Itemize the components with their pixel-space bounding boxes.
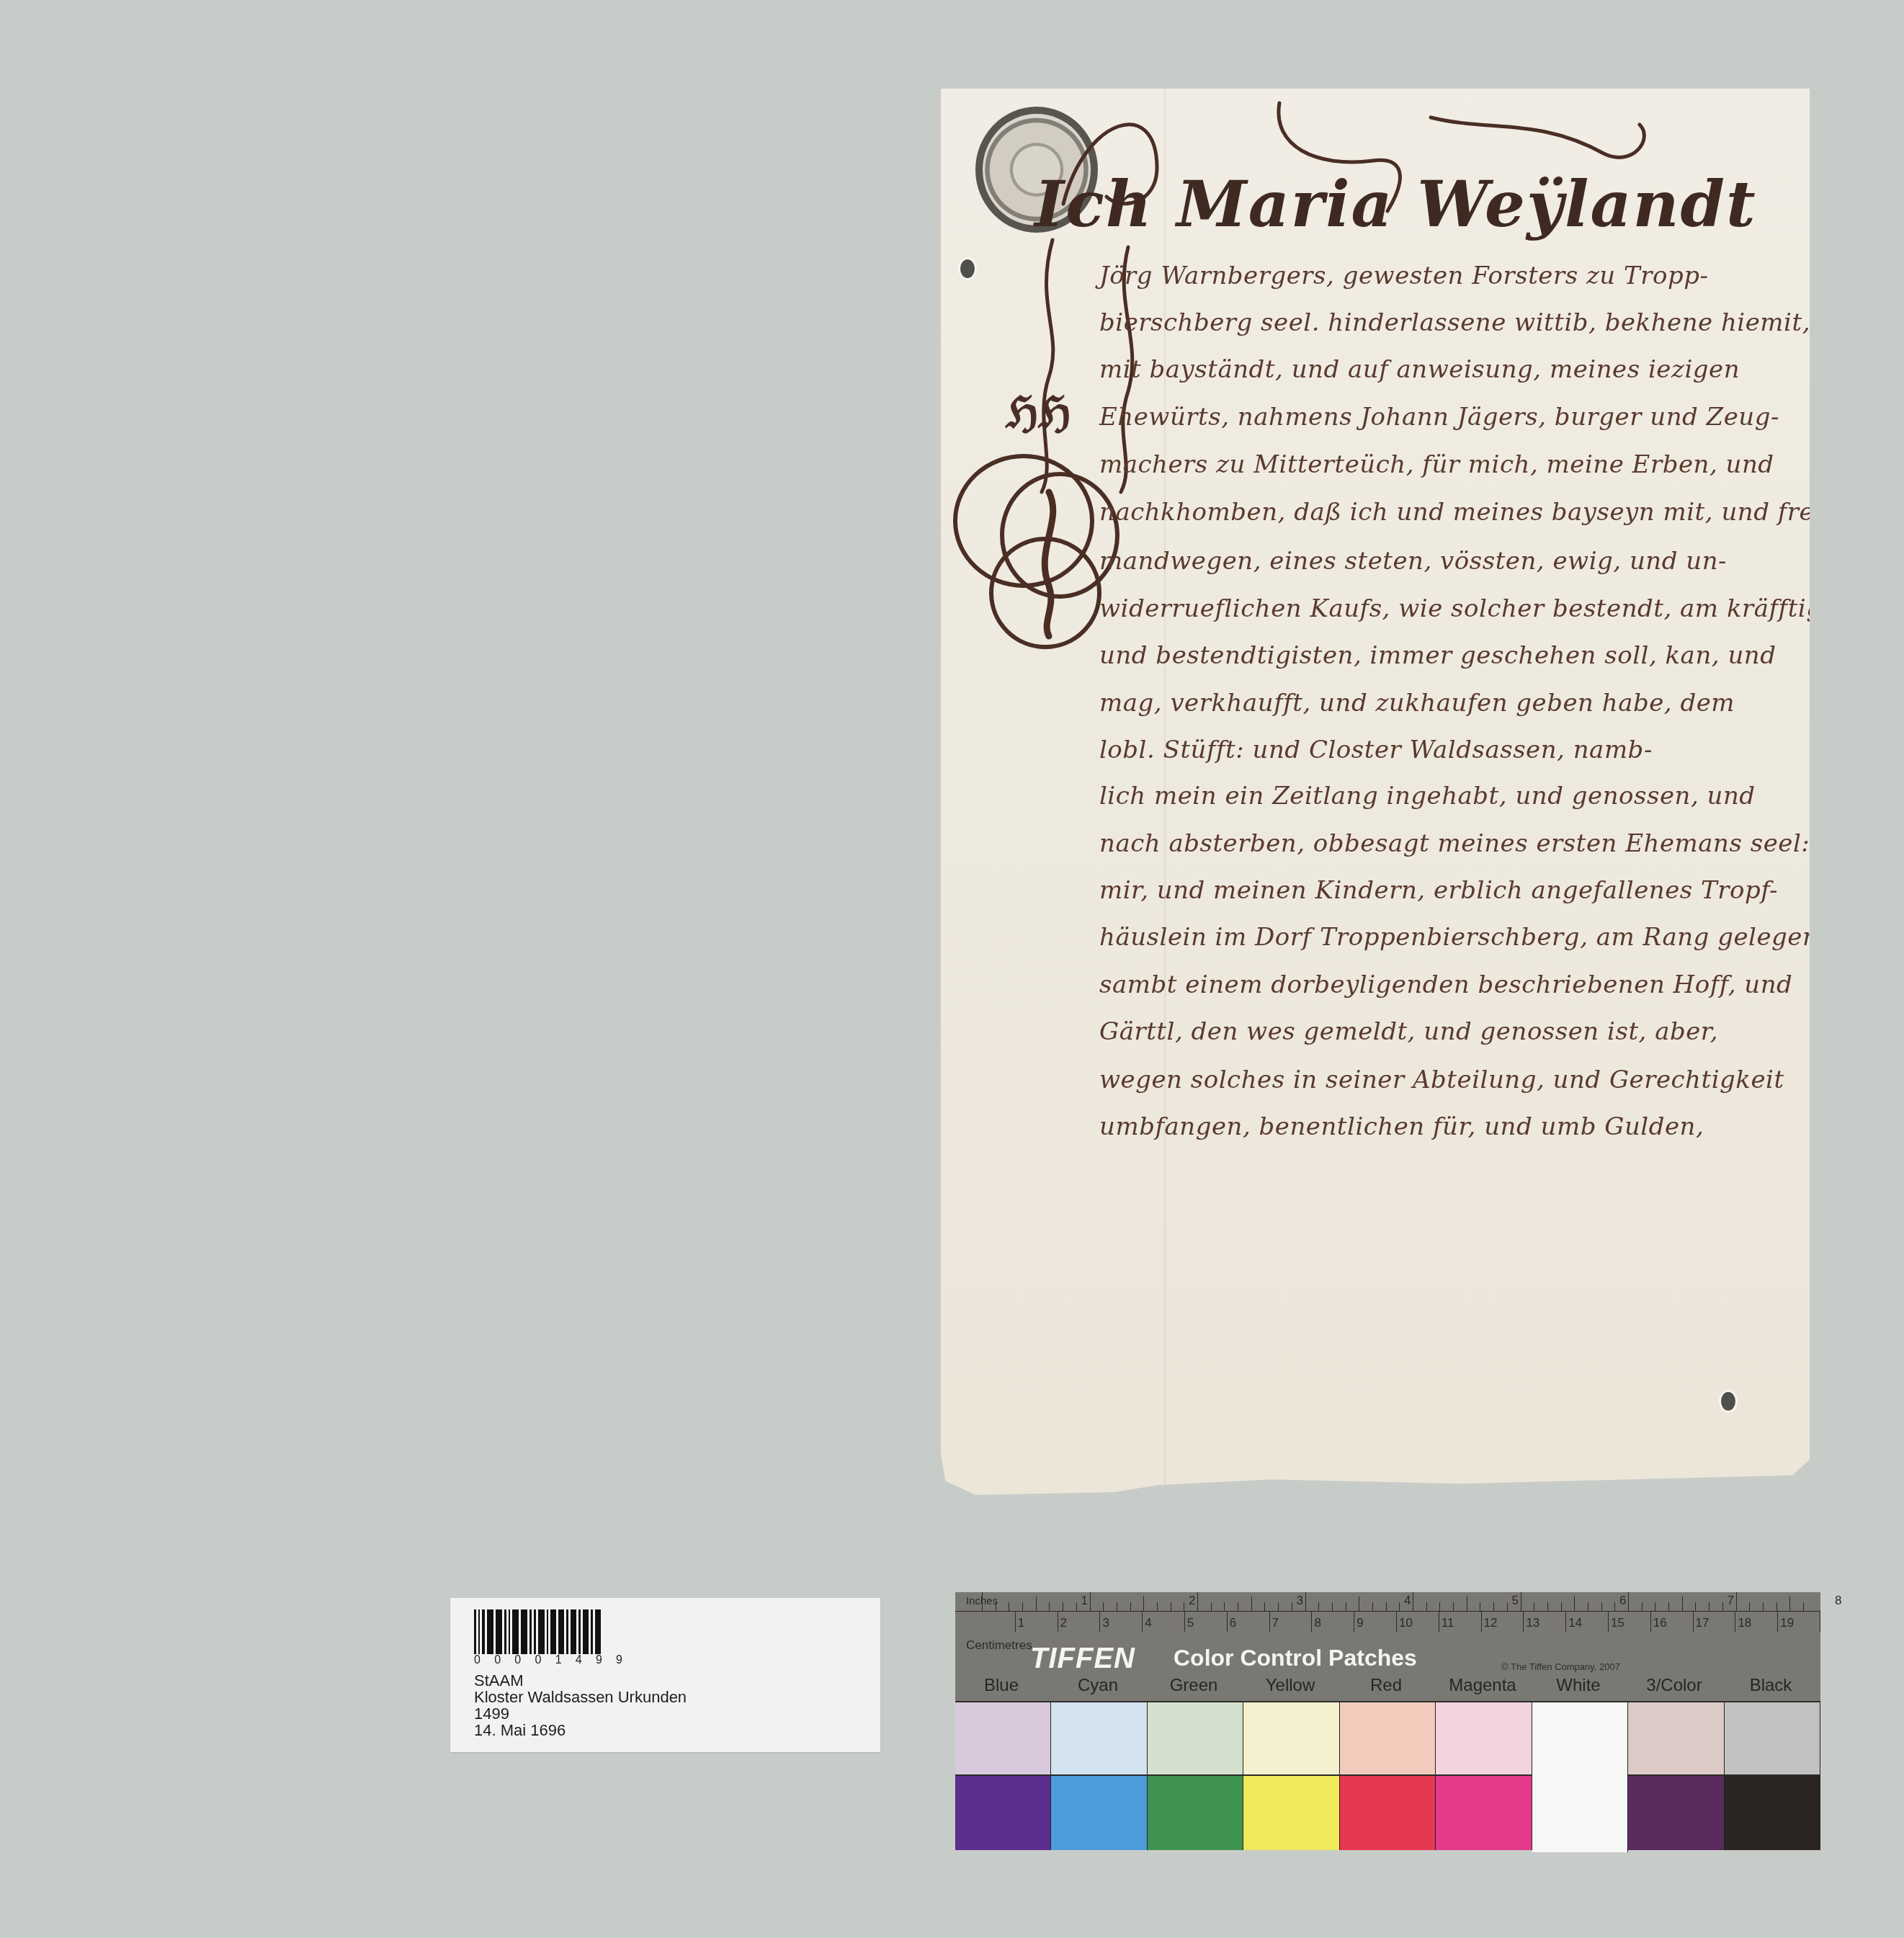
inch-tick — [1547, 1602, 1548, 1611]
inch-number: 6 — [1619, 1594, 1626, 1608]
inch-tick — [1143, 1597, 1144, 1611]
cm-tick — [1269, 1612, 1270, 1632]
text-line: lobl. Stüfft: und Closter Waldsassen, na… — [1099, 736, 1653, 764]
document-heading: Ich Maria Weÿlandt — [1034, 166, 1683, 241]
inch-tick — [1655, 1602, 1655, 1611]
color-control-chart: Inches Centimetres 123456781234567891011… — [955, 1592, 1820, 1850]
inch-tick — [1318, 1602, 1319, 1611]
inch-tick — [1211, 1602, 1212, 1611]
inch-tick — [1413, 1592, 1413, 1611]
inch-tick — [1157, 1602, 1158, 1611]
centimetres-label: Centimetres — [966, 1638, 1032, 1653]
archive-name: StAAM — [474, 1672, 687, 1689]
cm-number: 1 — [1018, 1616, 1024, 1630]
inch-tick — [1521, 1592, 1521, 1611]
document-number: 1499 — [474, 1705, 687, 1722]
cm-tick — [1227, 1612, 1228, 1632]
inch-tick — [1184, 1602, 1184, 1611]
inch-tick — [1574, 1597, 1575, 1611]
cm-tick — [1693, 1612, 1694, 1632]
inch-tick — [1803, 1602, 1804, 1611]
copyright-text: © The Tiffen Company, 2007 — [1501, 1661, 1620, 1672]
cm-number: 18 — [1738, 1616, 1751, 1630]
text-line: mit bayständt, und auf anweisung, meines… — [1099, 355, 1740, 384]
inch-tick — [1426, 1602, 1427, 1611]
cm-number: 2 — [1060, 1616, 1067, 1630]
text-line: wegen solches in seiner Abteilung, und G… — [1099, 1066, 1784, 1094]
patch-blue-light — [955, 1702, 1051, 1776]
cm-number: 8 — [1314, 1616, 1320, 1630]
inch-tick — [1642, 1602, 1642, 1611]
inch-tick — [1332, 1602, 1333, 1611]
patch-yellow-light — [1243, 1702, 1339, 1776]
cm-number: 3 — [1102, 1616, 1109, 1630]
inch-tick — [1130, 1602, 1131, 1611]
inch-tick — [1063, 1602, 1063, 1611]
patch-3color-dark — [1628, 1776, 1724, 1850]
inch-tick — [1036, 1597, 1037, 1611]
inch-number: 4 — [1404, 1594, 1411, 1608]
inch-tick — [1736, 1592, 1737, 1611]
inch-tick — [1789, 1597, 1790, 1611]
chart-header: Inches Centimetres 123456781234567891011… — [955, 1592, 1820, 1702]
inch-tick — [1197, 1592, 1198, 1611]
inch-number: 1 — [1081, 1594, 1088, 1608]
inch-number: 2 — [1189, 1594, 1195, 1608]
patch-black-dark — [1725, 1776, 1820, 1850]
inch-number: 8 — [1835, 1594, 1841, 1608]
barcode — [474, 1609, 603, 1654]
inch-tick — [1238, 1602, 1238, 1611]
inch-tick — [1009, 1602, 1009, 1611]
patch-label-magenta: Magenta — [1436, 1676, 1529, 1696]
cm-tick — [1015, 1612, 1016, 1632]
cm-number: 11 — [1442, 1616, 1454, 1630]
inch-tick — [1399, 1602, 1400, 1611]
tiffen-logo: TIFFEN — [1030, 1643, 1135, 1675]
inch-tick — [1722, 1602, 1723, 1611]
inch-tick — [1292, 1602, 1292, 1611]
cm-tick — [1396, 1612, 1397, 1632]
inch-tick — [1561, 1602, 1562, 1611]
text-line: umbfangen, benentlichen für, und umb Gul… — [1099, 1112, 1704, 1141]
patch-blue-dark — [955, 1776, 1051, 1850]
cm-tick — [1481, 1612, 1482, 1632]
cm-tick — [1184, 1612, 1185, 1632]
inch-tick — [1251, 1597, 1252, 1611]
text-line: Gärttl, den wes gemeldt, und genossen is… — [1099, 1017, 1718, 1046]
patch-3color-light — [1628, 1702, 1724, 1776]
patch-yellow-dark — [1243, 1776, 1339, 1850]
cm-number: 15 — [1611, 1616, 1624, 1630]
inch-tick — [1171, 1602, 1171, 1611]
cm-number: 12 — [1484, 1616, 1498, 1630]
cm-number: 4 — [1145, 1616, 1151, 1630]
inch-tick — [1117, 1602, 1117, 1611]
text-line: bierschberg seel. hinderlassene wittib, … — [1099, 308, 1810, 337]
manuscript-page: ℌℌ Ich Maria Weÿlandt Jörg Warnbergers, … — [941, 89, 1810, 1495]
inch-tick — [1695, 1602, 1696, 1611]
inch-tick — [1493, 1602, 1494, 1611]
cm-tick — [1439, 1612, 1439, 1632]
inch-tick — [982, 1592, 983, 1611]
patch-green-dark — [1148, 1776, 1243, 1850]
inch-tick — [1763, 1602, 1764, 1611]
cm-number: 19 — [1780, 1616, 1794, 1630]
inch-tick — [996, 1602, 996, 1611]
cm-tick — [1777, 1612, 1778, 1632]
inch-tick — [1682, 1597, 1683, 1611]
binding-hole — [1719, 1390, 1738, 1413]
patch-magenta-dark — [1436, 1776, 1532, 1850]
patch-magenta-light — [1436, 1702, 1532, 1776]
inch-tick — [1507, 1602, 1508, 1611]
cm-number: 14 — [1568, 1616, 1582, 1630]
inch-tick — [1386, 1602, 1387, 1611]
margin-monogram: ℌℌ — [1004, 388, 1071, 438]
cm-number: 9 — [1357, 1616, 1363, 1630]
inch-tick — [1076, 1602, 1077, 1611]
patch-label-green: Green — [1147, 1676, 1241, 1696]
patch-cyan-dark — [1051, 1776, 1147, 1850]
cm-number: 16 — [1653, 1616, 1667, 1630]
cm-number: 10 — [1399, 1616, 1413, 1630]
text-line: mir, und meinen Kindern, erblich angefal… — [1099, 876, 1778, 905]
inch-tick — [1224, 1602, 1225, 1611]
inch-tick — [1090, 1592, 1091, 1611]
text-line: häuslein im Dorf Troppenbierschberg, am … — [1099, 923, 1827, 952]
text-line: Jörg Warnbergers, gewesten Forsters zu T… — [1099, 262, 1708, 290]
text-line: mandwegen, eines steten, vössten, ewig, … — [1099, 547, 1727, 576]
text-line: lich mein ein Zeitlang ingehabt, und gen… — [1099, 782, 1756, 811]
cm-number: 6 — [1230, 1616, 1236, 1630]
cm-tick — [1650, 1612, 1651, 1632]
document-date: 14. Mai 1696 — [474, 1722, 687, 1738]
text-line: Ehewürts, nahmens Johann Jägers, burger … — [1099, 403, 1779, 432]
cm-number: 13 — [1526, 1616, 1539, 1630]
cm-tick — [1565, 1612, 1566, 1632]
inch-tick — [1453, 1602, 1454, 1611]
patch-label-red: Red — [1339, 1676, 1433, 1696]
patch-red-dark — [1340, 1776, 1436, 1850]
inch-number: 5 — [1512, 1594, 1519, 1608]
patch-label-white: White — [1532, 1676, 1625, 1696]
inch-tick — [1439, 1602, 1440, 1611]
inch-tick — [1049, 1602, 1050, 1611]
cm-number: 5 — [1187, 1616, 1194, 1630]
cm-tick — [1058, 1612, 1058, 1632]
patch-white — [1532, 1702, 1628, 1852]
text-line: machers zu Mitterteüch, für mich, meine … — [1099, 450, 1774, 479]
patch-label-3color: 3/Color — [1627, 1676, 1721, 1696]
inch-tick — [1709, 1602, 1709, 1611]
inch-number: 7 — [1728, 1594, 1734, 1608]
chart-title: Color Control Patches — [1174, 1645, 1417, 1671]
inch-tick — [1601, 1602, 1602, 1611]
inch-tick — [1628, 1592, 1629, 1611]
patch-label-blue: Blue — [955, 1676, 1048, 1696]
inch-tick — [1668, 1602, 1669, 1611]
cm-tick — [1523, 1612, 1524, 1632]
inch-tick — [1278, 1602, 1279, 1611]
patch-label-yellow: Yellow — [1243, 1676, 1337, 1696]
patch-green-light — [1148, 1702, 1243, 1776]
cm-tick — [1354, 1612, 1354, 1632]
inch-tick — [1588, 1602, 1588, 1611]
cm-tick — [1735, 1612, 1735, 1632]
cm-tick — [1311, 1612, 1312, 1632]
inch-tick — [1467, 1597, 1467, 1611]
text-line: nachkhomben, daß ich und meines bayseyn … — [1099, 498, 1846, 527]
inch-tick — [1749, 1602, 1750, 1611]
text-line: mag, verkhaufft, und zukhaufen geben hab… — [1099, 689, 1735, 718]
barcode-digits: 00 00 14 99 — [474, 1654, 622, 1667]
inch-tick — [1359, 1597, 1359, 1611]
inch-tick — [1480, 1602, 1480, 1611]
patch-red-light — [1340, 1702, 1436, 1776]
inch-tick — [1776, 1602, 1777, 1611]
inch-tick — [1534, 1602, 1534, 1611]
text-line: und bestendtigisten, immer geschehen sol… — [1099, 641, 1776, 670]
patch-cyan-light — [1051, 1702, 1147, 1776]
cm-number: 17 — [1696, 1616, 1709, 1630]
inch-tick — [1372, 1602, 1373, 1611]
archive-label: 00 00 14 99 StAAM Kloster Waldsassen Urk… — [450, 1598, 880, 1752]
inch-tick — [1305, 1592, 1306, 1611]
inch-tick — [1103, 1602, 1104, 1611]
patch-label-black: Black — [1724, 1676, 1818, 1696]
inch-number: 3 — [1297, 1594, 1303, 1608]
inch-tick — [1264, 1602, 1265, 1611]
cm-number: 7 — [1272, 1616, 1279, 1630]
collection-name: Kloster Waldsassen Urkunden — [474, 1689, 687, 1705]
text-line: widerrueflichen Kaufs, wie solcher beste… — [1099, 594, 1831, 623]
inch-tick — [1614, 1602, 1615, 1611]
text-line: nach absterben, obbesagt meines ersten E… — [1099, 829, 1810, 858]
inch-tick — [1022, 1602, 1023, 1611]
patch-black-light — [1725, 1702, 1820, 1776]
patch-label-cyan: Cyan — [1051, 1676, 1145, 1696]
cm-tick — [1142, 1612, 1143, 1632]
text-line: sambt einem dorbeyligenden beschriebenen… — [1099, 970, 1792, 999]
cm-tick — [1608, 1612, 1609, 1632]
cm-tick — [1099, 1612, 1100, 1632]
inch-tick — [1346, 1602, 1346, 1611]
